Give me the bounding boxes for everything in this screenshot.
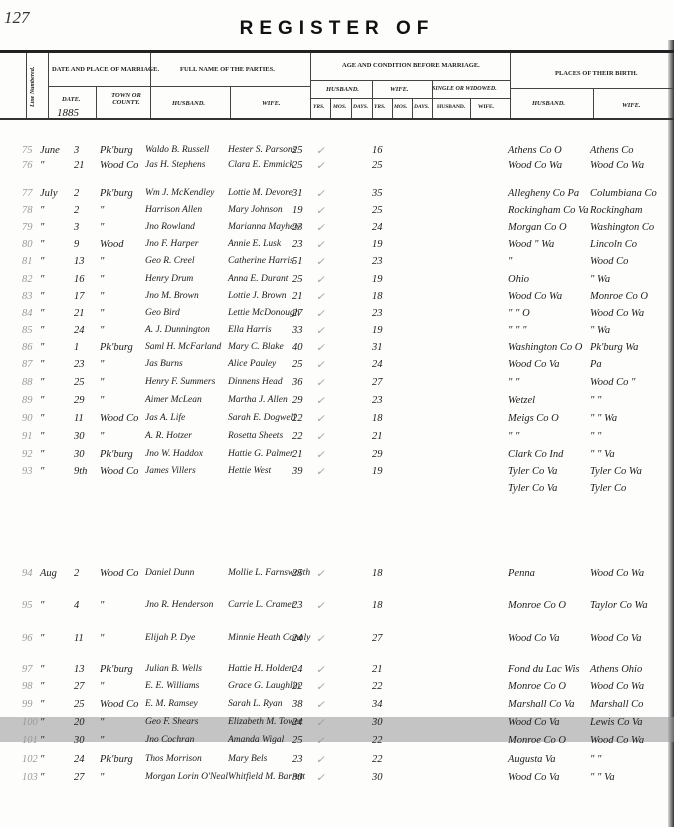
check-mark-icon: ✓ (316, 466, 325, 478)
place: " (100, 274, 104, 285)
month: " (40, 431, 44, 442)
wife-name: Sarah E. Dogwell (228, 413, 296, 423)
husband-age: 36 (292, 377, 303, 388)
day: 3 (74, 145, 79, 156)
line-number: 92 (22, 449, 33, 460)
birth-wife: Wood Co " (590, 377, 635, 388)
wife-name: Mary Johnson (228, 205, 283, 215)
husband-age: 27 (292, 308, 303, 319)
header-husband: Husband. (172, 100, 205, 107)
line-number: 98 (22, 681, 33, 692)
birth-wife: " Wa (590, 325, 610, 336)
month: " (40, 772, 44, 783)
line-number: 88 (22, 377, 33, 388)
wife-age: 24 (372, 359, 383, 370)
birth-husband: Wood Co Wa (508, 291, 562, 302)
check-mark-icon: ✓ (316, 395, 325, 407)
wife-age: 24 (372, 222, 383, 233)
birth-husband: " " (508, 431, 519, 442)
wife-name: Mary Bels (228, 754, 267, 764)
husband-age: 40 (292, 342, 303, 353)
birth-wife: " Wa (590, 274, 610, 285)
line-number: 83 (22, 291, 33, 302)
birth-husband: Fond du Lac Wis (508, 664, 579, 675)
wife-age: 29 (372, 449, 383, 460)
wife-age: 23 (372, 308, 383, 319)
birth-husband: " " " (508, 325, 526, 336)
husband-name: Jno Cochran (145, 735, 194, 745)
day: 21 (74, 160, 85, 171)
wife-name: Hettie West (228, 466, 271, 476)
husband-age: 38 (292, 699, 303, 710)
divider (48, 86, 310, 87)
birth-husband: Allegheny Co Pa (508, 188, 579, 199)
wife-name: Grace G. Laughlin (228, 681, 300, 691)
header-full-name: Full Name of the Parties. (180, 66, 275, 73)
birth-wife: Wood Co Wa (590, 568, 644, 579)
line-number: 99 (22, 699, 33, 710)
wife-name: Dinnens Head (228, 377, 283, 387)
month: " (40, 735, 44, 746)
husband-age: 25 (292, 145, 303, 156)
header-town-county: Town or County. (104, 92, 148, 106)
place: " (100, 256, 104, 267)
check-mark-icon: ✓ (316, 413, 325, 425)
wife-age: 30 (372, 717, 383, 728)
line-number: 95 (22, 600, 33, 611)
day: 2 (74, 205, 79, 216)
husband-name: Harrison Allen (145, 205, 202, 215)
check-mark-icon: ✓ (316, 239, 325, 251)
month: " (40, 699, 44, 710)
husband-age: 24 (292, 717, 303, 728)
birth-wife: Columbiana Co (590, 188, 657, 199)
divider (310, 98, 510, 99)
header-wife: Wife. (262, 100, 281, 107)
husband-name: Aimer McLean (145, 395, 202, 405)
husband-age: 23 (292, 222, 303, 233)
wife-name: Lettie McDonough (228, 308, 300, 318)
line-number: 86 (22, 342, 33, 353)
birth-wife: Rockingham (590, 205, 643, 216)
husband-name: Jno M. Brown (145, 291, 199, 301)
birth-husband: Washington Co O (508, 342, 582, 353)
line-number: 101 (22, 735, 38, 746)
month: " (40, 256, 44, 267)
birth-wife: Lincoln Co (590, 239, 637, 250)
wife-age: 27 (372, 377, 383, 388)
husband-name: Jas H. Stephens (145, 160, 205, 170)
husband-age: 21 (292, 291, 303, 302)
wife-name: Alice Pauley (228, 359, 276, 369)
husband-age: 25 (292, 568, 303, 579)
header-bottom-rule (0, 118, 674, 120)
birth-wife: Wood Co (590, 256, 628, 267)
husband-age: 31 (292, 188, 303, 199)
wife-age: 19 (372, 239, 383, 250)
place: " (100, 205, 104, 216)
birth-wife: " " Va (590, 449, 615, 460)
check-mark-icon: ✓ (316, 633, 325, 645)
line-number: 76 (22, 160, 33, 171)
divider (351, 98, 352, 118)
birth-husband: " " (508, 377, 519, 388)
month: " (40, 342, 44, 353)
line-number: 75 (22, 145, 33, 156)
husband-name: Daniel Dunn (145, 568, 194, 578)
month: June (40, 145, 60, 156)
header-line-numbered: Line Numbered. (30, 60, 44, 114)
place: " (100, 717, 104, 728)
check-mark-icon: ✓ (316, 188, 325, 200)
birth-wife: Wood Co Wa (590, 681, 644, 692)
wife-name: Amanda Wigal (228, 735, 284, 745)
month: " (40, 681, 44, 692)
place: Wood Co (100, 160, 138, 171)
divider (412, 98, 413, 118)
husband-age: 22 (292, 681, 303, 692)
day: 29 (74, 395, 85, 406)
husband-name: Saml H. McFarland (145, 342, 221, 352)
birth-wife: Wood Co Va (590, 633, 642, 644)
wife-name: Hattie H. Holden (228, 664, 294, 674)
day: 9th (74, 466, 87, 477)
header-single-widowed: Single or Widowed. (432, 86, 497, 92)
day: 24 (74, 325, 85, 336)
husband-age: 39 (292, 466, 303, 477)
header-age-wife: Wife. (390, 86, 409, 93)
month: " (40, 160, 44, 171)
wife-name: Lottie J. Brown (228, 291, 287, 301)
day: 11 (74, 413, 84, 424)
check-mark-icon: ✓ (316, 754, 325, 766)
husband-age: 25 (292, 274, 303, 285)
place: Pk'burg (100, 754, 133, 765)
place: " (100, 600, 104, 611)
divider (593, 88, 594, 118)
husband-age: 24 (292, 633, 303, 644)
day: 24 (74, 754, 85, 765)
wife-name: Sarah L. Ryan (228, 699, 282, 709)
header-places-birth: Places of Their Birth. (555, 70, 638, 77)
check-mark-icon: ✓ (316, 431, 325, 443)
line-number: 79 (22, 222, 33, 233)
birth-husband: " " O (508, 308, 530, 319)
divider (510, 88, 674, 89)
birth-wife: Athens Co (590, 145, 633, 156)
check-mark-icon: ✓ (316, 735, 325, 747)
place: " (100, 633, 104, 644)
husband-name: Geo Bird (145, 308, 180, 318)
birth-husband: Augusta Va (508, 754, 556, 765)
birth-husband: Meigs Co O (508, 413, 559, 424)
wife-age: 22 (372, 735, 383, 746)
wife-age: 31 (372, 342, 383, 353)
wife-age: 19 (372, 274, 383, 285)
birth-husband: Clark Co Ind (508, 449, 563, 460)
place: " (100, 222, 104, 233)
husband-name: Jno W. Haddox (145, 449, 203, 459)
divider (230, 86, 231, 118)
birth-husband: Monroe Co O (508, 681, 566, 692)
place: " (100, 291, 104, 302)
check-mark-icon: ✓ (316, 359, 325, 371)
header-mos-w: Mos. (394, 104, 407, 110)
header-sw-husband: Husband. (437, 104, 465, 110)
birth-wife: " " Wa (590, 413, 617, 424)
husband-name: James Villers (145, 466, 196, 476)
wife-age: 30 (372, 772, 383, 783)
line-number: 80 (22, 239, 33, 250)
birth-husband: Wood Co Va (508, 717, 560, 728)
place: Wood Co (100, 466, 138, 477)
day: 16 (74, 274, 85, 285)
day: 17 (74, 291, 85, 302)
wife-age: 18 (372, 413, 383, 424)
divider (470, 98, 471, 118)
wife-name: Mary C. Blake (228, 342, 284, 352)
check-mark-icon: ✓ (316, 274, 325, 286)
birth-wife: Pa (590, 359, 602, 370)
wife-age: 18 (372, 568, 383, 579)
month: " (40, 754, 44, 765)
line-number: 93 (22, 466, 33, 477)
place: Pk'burg (100, 449, 133, 460)
line-number: 91 (22, 431, 33, 442)
husband-age: 24 (292, 664, 303, 675)
husband-name: Elijah P. Dye (145, 633, 195, 643)
month: " (40, 205, 44, 216)
line-number: 81 (22, 256, 33, 267)
day: 30 (74, 735, 85, 746)
divider (510, 53, 511, 118)
husband-age: 25 (292, 735, 303, 746)
month: " (40, 633, 44, 644)
birth-husband: Wood " Wa (508, 239, 554, 250)
wife-age: 22 (372, 681, 383, 692)
place: " (100, 395, 104, 406)
day: 30 (74, 431, 85, 442)
husband-name: Geo F. Shears (145, 717, 198, 727)
birth-wife: Tyler Co Wa (590, 466, 642, 477)
line-number: 100 (22, 717, 38, 728)
month: " (40, 413, 44, 424)
place: " (100, 735, 104, 746)
divider (310, 53, 311, 118)
line-number: 90 (22, 413, 33, 424)
line-number: 78 (22, 205, 33, 216)
birth-husband: Morgan Co O (508, 222, 567, 233)
husband-age: 22 (292, 413, 303, 424)
day: 2 (74, 568, 79, 579)
wife-age: 23 (372, 395, 383, 406)
husband-age: 23 (292, 600, 303, 611)
wife-age: 25 (372, 205, 383, 216)
day: 25 (74, 377, 85, 388)
month: " (40, 449, 44, 460)
birth-wife: Monroe Co O (590, 291, 648, 302)
husband-name: Wm J. McKendley (145, 188, 214, 198)
header-sw-wife: Wife. (478, 104, 494, 110)
header-age-condition: Age and Condition Before Marriage. (342, 62, 480, 69)
wife-age: 21 (372, 664, 383, 675)
husband-age: 22 (292, 431, 303, 442)
wife-age: 25 (372, 160, 383, 171)
check-mark-icon: ✓ (316, 256, 325, 268)
check-mark-icon: ✓ (316, 699, 325, 711)
header-yrs-h: Yrs. (313, 104, 324, 110)
birth-husband: Ohio (508, 274, 529, 285)
wife-name: Hattie G. Palmer (228, 449, 294, 459)
place: " (100, 681, 104, 692)
month: " (40, 377, 44, 388)
divider (310, 80, 510, 81)
husband-name: Henry F. Summers (145, 377, 215, 387)
birth-husband: Penna (508, 568, 535, 579)
birth-wife: " " Va (590, 772, 615, 783)
header-days-w: Days. (414, 104, 429, 110)
day: 4 (74, 600, 79, 611)
check-mark-icon: ✓ (316, 600, 325, 612)
wife-name: Hester S. Parsons (228, 145, 296, 155)
divider (26, 53, 27, 118)
birth-husband: Athens Co O (508, 145, 562, 156)
birth-husband: Monroe Co O (508, 735, 566, 746)
place: " (100, 772, 104, 783)
wife-age: 22 (372, 754, 383, 765)
check-mark-icon: ✓ (316, 160, 325, 172)
header-date: Date. (62, 96, 81, 103)
check-mark-icon: ✓ (316, 342, 325, 354)
birth-husband: Wood Co Va (508, 633, 560, 644)
husband-name: Jas A. Life (145, 413, 185, 423)
divider (96, 86, 97, 118)
birth-husband: " (508, 256, 512, 267)
line-number: 87 (22, 359, 33, 370)
day: 27 (74, 681, 85, 692)
month: " (40, 717, 44, 728)
birth-wife: " " (590, 754, 601, 765)
place: " (100, 431, 104, 442)
husband-name: Jno Rowland (145, 222, 195, 232)
line-number: 103 (22, 772, 38, 783)
wife-name: Carrie L. Cramer (228, 600, 295, 610)
check-mark-icon: ✓ (316, 325, 325, 337)
husband-age: 29 (292, 395, 303, 406)
birth-husband: Tyler Co Va (508, 466, 557, 477)
register-page: 127 REGISTER OF Line Numbered. Date and … (0, 0, 674, 827)
place: " (100, 308, 104, 319)
line-number: 96 (22, 633, 33, 644)
wife-age: 21 (372, 431, 383, 442)
birth-husband: Tyler Co Va (508, 483, 557, 494)
birth-wife: Wood Co Wa (590, 735, 644, 746)
check-mark-icon: ✓ (316, 222, 325, 234)
birth-wife: " " (590, 431, 601, 442)
day: 23 (74, 359, 85, 370)
place: Wood Co (100, 568, 138, 579)
birth-wife: " " (590, 395, 601, 406)
month: July (40, 188, 58, 199)
wife-name: Marianna Mayhew (228, 222, 301, 232)
month: " (40, 325, 44, 336)
divider (372, 80, 373, 118)
wife-age: 34 (372, 699, 383, 710)
husband-name: Geo R. Creel (145, 256, 195, 266)
place: " (100, 377, 104, 388)
birth-husband: Marshall Co Va (508, 699, 575, 710)
husband-name: A. J. Dunnington (145, 325, 210, 335)
husband-name: E. E. Williams (145, 681, 199, 691)
husband-name: Waldo B. Russell (145, 145, 209, 155)
divider (392, 98, 393, 118)
header-birth-wife: Wife. (622, 102, 641, 109)
place: " (100, 325, 104, 336)
header-mos-h: Mos. (333, 104, 346, 110)
day: 11 (74, 633, 84, 644)
birth-wife: Wood Co Wa (590, 160, 644, 171)
husband-name: Henry Drum (145, 274, 193, 284)
line-number: 102 (22, 754, 38, 765)
wife-name: Lottie M. Devore (228, 188, 293, 198)
wife-name: Anna E. Durant (228, 274, 288, 284)
month: " (40, 395, 44, 406)
wife-age: 23 (372, 256, 383, 267)
header-yrs-w: Yrs. (374, 104, 385, 110)
line-number: 94 (22, 568, 33, 579)
place: " (100, 359, 104, 370)
wife-age: 18 (372, 291, 383, 302)
wife-name: Clara E. Emmick (228, 160, 294, 170)
husband-age: 21 (292, 449, 303, 460)
month: " (40, 274, 44, 285)
wife-age: 27 (372, 633, 383, 644)
husband-name: Morgan Lorin O'Neal (145, 772, 228, 782)
birth-husband: Wood Co Va (508, 772, 560, 783)
month: " (40, 308, 44, 319)
husband-age: 51 (292, 256, 303, 267)
check-mark-icon: ✓ (316, 664, 325, 676)
day: 9 (74, 239, 79, 250)
husband-age: 23 (292, 754, 303, 765)
husband-name: Jas Burns (145, 359, 183, 369)
header-birth-husband: Husband. (532, 100, 565, 107)
birth-husband: Wood Co Wa (508, 160, 562, 171)
day: 1 (74, 342, 79, 353)
line-number: 77 (22, 188, 33, 199)
page-title: REGISTER OF (0, 18, 674, 40)
husband-name: Thos Morrison (145, 754, 202, 764)
month: Aug (40, 568, 57, 579)
header-days-h: Days. (353, 104, 368, 110)
place: Wood Co (100, 699, 138, 710)
birth-wife: Pk'burg Wa (590, 342, 638, 353)
husband-age: 30 (292, 772, 303, 783)
birth-husband: Wood Co Va (508, 359, 560, 370)
birth-wife: Wood Co Wa (590, 308, 644, 319)
line-number: 82 (22, 274, 33, 285)
husband-age: 23 (292, 239, 303, 250)
day: 25 (74, 699, 85, 710)
birth-wife: Taylor Co Wa (590, 600, 648, 611)
check-mark-icon: ✓ (316, 717, 325, 729)
line-number: 97 (22, 664, 33, 675)
month: " (40, 466, 44, 477)
check-mark-icon: ✓ (316, 145, 325, 157)
husband-age: 33 (292, 325, 303, 336)
husband-name: A. R. Hotzer (145, 431, 192, 441)
birth-husband: Wetzel (508, 395, 535, 406)
